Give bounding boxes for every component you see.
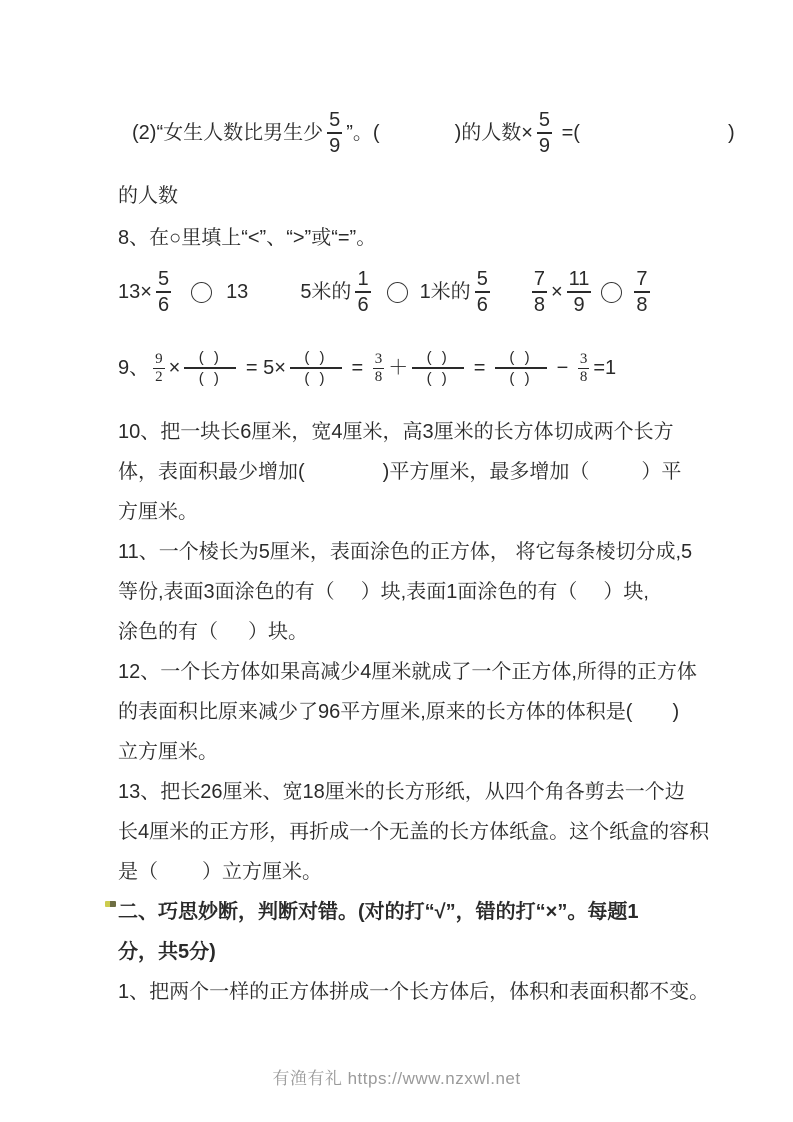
fraction-bar xyxy=(327,132,342,134)
answer-blank xyxy=(577,591,603,593)
text-run: 11、一个棱长为5厘米，表面涂色的正方体， 将它每条棱切分成,5 xyxy=(118,540,692,565)
text-run: 的表面积比原来减少了96平方厘米,原来的长方体的体积是( xyxy=(118,700,632,725)
answer-blank xyxy=(580,132,728,134)
q11-line3: 涂色的有（）块。 xyxy=(118,612,763,652)
answer-blank xyxy=(248,291,300,293)
blank-fraction: ( )( ) xyxy=(184,350,236,386)
q8-stem: 8、在○里填上“<”、“>”或“=”。 xyxy=(118,218,763,258)
answer-blank xyxy=(175,291,191,293)
text-run: ＋ xyxy=(388,356,408,381)
text-run: 体，表面积最少增加( xyxy=(118,460,305,485)
cursor-artifact xyxy=(105,901,116,907)
fraction-denominator: 9 xyxy=(537,136,552,156)
fraction: 56 xyxy=(475,269,490,315)
text-run: ）块。 xyxy=(248,620,308,645)
text-run: 5× xyxy=(263,356,286,381)
text-run: 长4厘米的正方形，再折成一个无盖的长方体纸盒。这个纸盒的容积 xyxy=(118,820,709,845)
text-run: ）块,表面1面涂色的有（ xyxy=(361,580,578,605)
text-run: 13 xyxy=(226,280,248,305)
fraction-numerator: 5 xyxy=(475,269,490,289)
text-run: 1米的 xyxy=(420,280,471,305)
fraction-numerator: 11 xyxy=(567,269,592,289)
fraction-bar xyxy=(290,367,342,369)
blank-fraction: ( )( ) xyxy=(412,350,464,386)
text-run: = xyxy=(240,356,263,381)
answer-blank xyxy=(622,291,630,293)
fraction-numerator: 5 xyxy=(537,110,552,130)
fraction: 56 xyxy=(156,269,171,315)
blank-fraction: ( )( ) xyxy=(495,350,547,386)
fraction-bar xyxy=(532,291,547,293)
q11-line1: 11、一个棱长为5厘米，表面涂色的正方体， 将它每条棱切分成,5 xyxy=(118,532,763,572)
fraction-denominator: 8 xyxy=(532,295,547,315)
fraction: 78 xyxy=(532,269,547,315)
q11-line2: 等份,表面3面涂色的有（）块,表面1面涂色的有（）块, xyxy=(118,572,763,612)
fraction-denominator: ( ) xyxy=(507,371,534,386)
answer-blank xyxy=(305,471,383,473)
q13-line2: 长4厘米的正方形，再折成一个无盖的长方体纸盒。这个纸盒的容积 xyxy=(118,812,763,852)
fraction-numerator: 5 xyxy=(156,269,171,289)
footer-text: 有渔有礼 https://www.nzxwl.net xyxy=(272,1069,520,1088)
fraction-bar xyxy=(355,291,370,293)
text-run: ) xyxy=(728,121,735,146)
q12-line2: 的表面积比原来减少了96平方厘米,原来的长方体的体积是() xyxy=(118,692,763,732)
answer-blank xyxy=(494,291,528,293)
fraction-denominator: 8 xyxy=(373,370,385,385)
fraction-bar xyxy=(475,291,490,293)
small-fraction: 38 xyxy=(578,352,590,385)
text-run: ）块, xyxy=(603,580,649,605)
text-run: ）立方厘米。 xyxy=(202,860,322,885)
answer-blank xyxy=(408,291,420,293)
text-run: ) xyxy=(672,700,679,725)
comparison-circle xyxy=(387,282,408,303)
text-run: 8、在○里填上“<”、“>”或“=”。 xyxy=(118,226,376,251)
footer-watermark: 有渔有礼 https://www.nzxwl.net xyxy=(0,1064,793,1089)
text-run: 立方厘米。 xyxy=(118,740,218,765)
small-fraction: 38 xyxy=(373,352,385,385)
text-run: 1、把两个一样的正方体拼成一个长方体后，体积和表面积都不变。 xyxy=(118,980,709,1005)
text-run: (2)“女生人数比男生少 xyxy=(132,121,323,146)
text-run: 是（ xyxy=(118,860,158,885)
text-run: = xyxy=(468,356,491,381)
fraction: 59 xyxy=(327,110,342,156)
q10-line1: 10、把一块长6厘米，宽4厘米，高3厘米的长方体切成两个长方 xyxy=(118,412,763,452)
text-run: − xyxy=(551,356,574,381)
text-run: × xyxy=(551,280,563,305)
q7-sub2-line1: (2)“女生人数比男生少59”。()的人数×59 =() xyxy=(118,98,763,168)
text-run: × xyxy=(169,356,181,381)
comparison-circle xyxy=(191,282,212,303)
fraction-bar xyxy=(495,367,547,369)
text-run: 分，共5分) xyxy=(118,940,216,965)
text-run: 方厘米。 xyxy=(118,500,198,525)
fraction: 16 xyxy=(355,269,370,315)
q8-items: 13×56135米的161米的5678×11978 xyxy=(118,260,763,324)
fraction-bar xyxy=(634,291,649,293)
answer-blank xyxy=(218,631,248,633)
answer-blank xyxy=(632,711,672,713)
q13-line1: 13、把长26厘米、宽18厘米的长方形纸，从四个角各剪去一个边 xyxy=(118,772,763,812)
fraction-denominator: ( ) xyxy=(302,371,329,386)
text-run: ”。( xyxy=(346,121,379,146)
fraction-denominator: 6 xyxy=(156,295,171,315)
text-run: = xyxy=(346,356,369,381)
text-run: 的人数 xyxy=(118,184,178,209)
q10-line2: 体，表面积最少增加()平方厘米，最多增加（）平 xyxy=(118,452,763,492)
text-run: 13× xyxy=(118,280,152,305)
small-fraction: 92 xyxy=(153,352,165,385)
section2-q1: 1、把两个一样的正方体拼成一个长方体后，体积和表面积都不变。 xyxy=(118,972,763,1012)
fraction-denominator: ( ) xyxy=(425,371,452,386)
text-run: )的人数× xyxy=(455,121,533,146)
text-run: 5米的 xyxy=(300,280,351,305)
text-run: =1 xyxy=(593,356,616,381)
fraction-numerator: ( ) xyxy=(302,350,329,365)
fraction-denominator: 8 xyxy=(634,295,649,315)
fraction-numerator: 7 xyxy=(634,269,649,289)
fraction-numerator: ( ) xyxy=(507,350,534,365)
q10-line3: 方厘米。 xyxy=(118,492,763,532)
answer-blank xyxy=(335,591,361,593)
fraction-bar xyxy=(537,132,552,134)
text-run: =( xyxy=(556,121,580,146)
fraction-denominator: 2 xyxy=(153,370,165,385)
fraction-numerator: 3 xyxy=(578,352,590,367)
worksheet-body: (2)“女生人数比男生少59”。()的人数×59 =()的人数8、在○里填上“<… xyxy=(0,0,793,1012)
text-run: ）平 xyxy=(641,460,681,485)
text-run: 10、把一块长6厘米，宽4厘米，高3厘米的长方体切成两个长方 xyxy=(118,420,674,445)
fraction: 78 xyxy=(634,269,649,315)
fraction-denominator: 6 xyxy=(355,295,370,315)
fraction-numerator: 9 xyxy=(153,352,165,367)
fraction-numerator: ( ) xyxy=(197,350,224,365)
q7-sub2-line2: 的人数 xyxy=(118,176,763,216)
fraction-denominator: 6 xyxy=(475,295,490,315)
fraction-numerator: 5 xyxy=(327,110,342,130)
fraction-bar xyxy=(567,291,592,293)
fraction-denominator: 9 xyxy=(327,136,342,156)
text-run: 9、 xyxy=(118,356,149,381)
blank-fraction: ( )( ) xyxy=(290,350,342,386)
q12-line1: 12、一个长方体如果高减少4厘米就成了一个正方体,所得的正方体 xyxy=(118,652,763,692)
fraction-denominator: ( ) xyxy=(197,371,224,386)
comparison-circle xyxy=(601,282,622,303)
fraction-bar xyxy=(412,367,464,369)
fraction-denominator: 9 xyxy=(571,295,586,315)
section2-heading-line1: 二、巧思妙断，判断对错。(对的打“√”，错的打“×”。每题1 xyxy=(118,892,763,932)
fraction: 119 xyxy=(567,269,592,315)
q12-line3: 立方厘米。 xyxy=(118,732,763,772)
section2-heading-line2: 分，共5分) xyxy=(118,932,763,972)
fraction-bar xyxy=(156,291,171,293)
text-run: )平方厘米，最多增加（ xyxy=(383,460,590,485)
answer-blank xyxy=(380,132,455,134)
text-run: 二、巧思妙断，判断对错。(对的打“√”，错的打“×”。每题1 xyxy=(118,900,638,925)
text-run: 13、把长26厘米、宽18厘米的长方形纸，从四个角各剪去一个边 xyxy=(118,780,685,805)
answer-blank xyxy=(158,871,202,873)
q13-line3: 是（）立方厘米。 xyxy=(118,852,763,892)
text-run: 12、一个长方体如果高减少4厘米就成了一个正方体,所得的正方体 xyxy=(118,660,697,685)
answer-blank xyxy=(375,291,387,293)
answer-blank xyxy=(212,291,226,293)
q9-items: 9、92×( )( ) = 5×( )( ) = 38＋( )( ) = ( )… xyxy=(118,332,763,404)
fraction: 59 xyxy=(537,110,552,156)
text-run: 涂色的有（ xyxy=(118,620,218,645)
fraction-numerator: 1 xyxy=(355,269,370,289)
fraction-numerator: 7 xyxy=(532,269,547,289)
fraction-numerator: ( ) xyxy=(425,350,452,365)
fraction-denominator: 8 xyxy=(578,370,590,385)
answer-blank xyxy=(589,471,641,473)
text-run: 等份,表面3面涂色的有（ xyxy=(118,580,335,605)
fraction-numerator: 3 xyxy=(373,352,385,367)
fraction-bar xyxy=(184,367,236,369)
worksheet-page: (2)“女生人数比男生少59”。()的人数×59 =()的人数8、在○里填上“<… xyxy=(0,0,793,1122)
